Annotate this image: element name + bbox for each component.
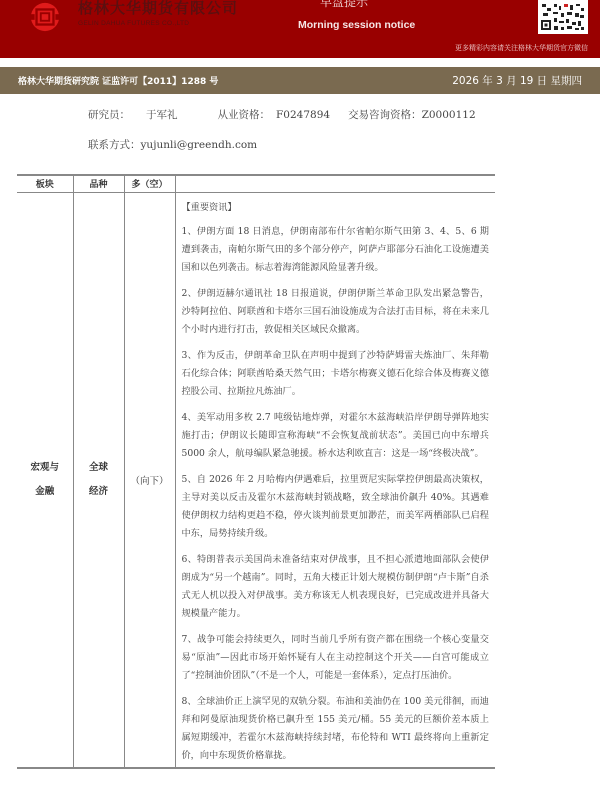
table-row: 宏观与 金融 全球 经济 （向下） 【重要资讯】 1、伊朗方面 18 日消息，伊…: [17, 192, 495, 768]
news-item-7: 7、战争可能会持续更久，同时当前几乎所有资产都在围绕一个核心变量交易“原油”—因…: [182, 631, 490, 685]
header-direction: 多（空）: [124, 175, 175, 192]
info-bar: 格林大华期货研究院 证监许可【2011】1288 号 2026 年 3 月 19…: [0, 67, 600, 94]
news-item-2: 2、伊朗迈赫尔通讯社 18 日报道说，伊朗伊斯兰革命卫队发出紧急警告，沙特阿拉伯…: [182, 285, 490, 339]
section-title: 【重要资讯】: [182, 199, 490, 217]
qualification-value: F0247894: [276, 109, 330, 121]
news-item-6: 6、特朗普表示美国尚未准备结束对伊战事，且不担心派遣地面部队会使伊朗成为“另一个…: [182, 551, 490, 623]
news-item-5: 5、自 2026 年 2 月哈梅内伊遇难后，拉里贾尼实际掌控伊朗最高决策权，主导…: [182, 471, 490, 543]
consult-value: Z0000112: [422, 109, 476, 121]
header-content: [175, 175, 495, 192]
sector-line-2: 金融: [17, 480, 73, 504]
variety-cell: 全球 经济: [73, 192, 124, 768]
direction-cell: （向下）: [124, 192, 175, 768]
institute-license: 格林大华期货研究院 证监许可【2011】1288 号: [18, 74, 218, 87]
qualification-label: 从业资格：: [218, 107, 271, 122]
researcher-line: 研究员：于军礼从业资格：F0247894交易咨询资格：Z0000112: [88, 107, 476, 122]
report-table: 板块 品种 多（空） 宏观与 金融 全球 经济 （向下） 【重要资讯】 1、伊朗…: [17, 174, 495, 769]
company-name-en: GELIN DAHUA FUTURES CO.,LTD: [78, 20, 189, 27]
notice-title-cn: 早盘提示: [320, 0, 368, 10]
variety-line-1: 全球: [74, 456, 124, 480]
header-banner: 格林大华期货有限公司 GELIN DAHUA FUTURES CO.,LTD 早…: [0, 0, 600, 58]
news-content-cell: 【重要资讯】 1、伊朗方面 18 日消息，伊朗南部布什尔省帕尔斯气田第 3、4、…: [175, 192, 495, 768]
variety-line-2: 经济: [74, 480, 124, 504]
news-item-1: 1、伊朗方面 18 日消息，伊朗南部布什尔省帕尔斯气田第 3、4、5、6 期遭到…: [182, 223, 490, 277]
notice-title-en: Morning session notice: [298, 19, 415, 31]
table-header-row: 板块 品种 多（空）: [17, 175, 495, 192]
contact-line: 联系方式：yujunli@greendh.com: [88, 137, 257, 152]
qr-code-icon: [538, 0, 588, 34]
contact-email[interactable]: yujunli@greendh.com: [141, 139, 258, 151]
report-date: 2026 年 3 月 19 日 星期四: [452, 73, 582, 88]
researcher-label: 研究员：: [88, 107, 130, 122]
contact-label: 联系方式：: [88, 137, 141, 152]
company-logo-icon: [26, 1, 64, 33]
sector-line-1: 宏观与: [17, 456, 73, 480]
consult-label: 交易咨询资格：: [348, 107, 422, 122]
header-variety: 品种: [73, 175, 124, 192]
news-item-4: 4、美军动用多枚 2.7 吨级钻地炸弹，对霍尔木兹海峡沿岸伊朗导弹阵地实施打击；…: [182, 409, 490, 463]
follow-wechat-text: 更多精彩内容请关注格林大华期货官方微信: [455, 43, 588, 53]
company-name-cn: 格林大华期货有限公司: [78, 0, 238, 16]
sector-cell: 宏观与 金融: [17, 192, 73, 768]
news-item-8: 8、全球油价正上演罕见的双轨分裂。布油和美油仍在 100 美元徘徊，而迪拜和阿曼…: [182, 693, 490, 765]
researcher-name: 于军礼: [146, 107, 178, 122]
header-sector: 板块: [17, 175, 73, 192]
news-item-3: 3、作为反击，伊朗革命卫队在声明中提到了沙特萨姆雷夫炼油厂、朱拜勒石化综合体；阿…: [182, 347, 490, 401]
